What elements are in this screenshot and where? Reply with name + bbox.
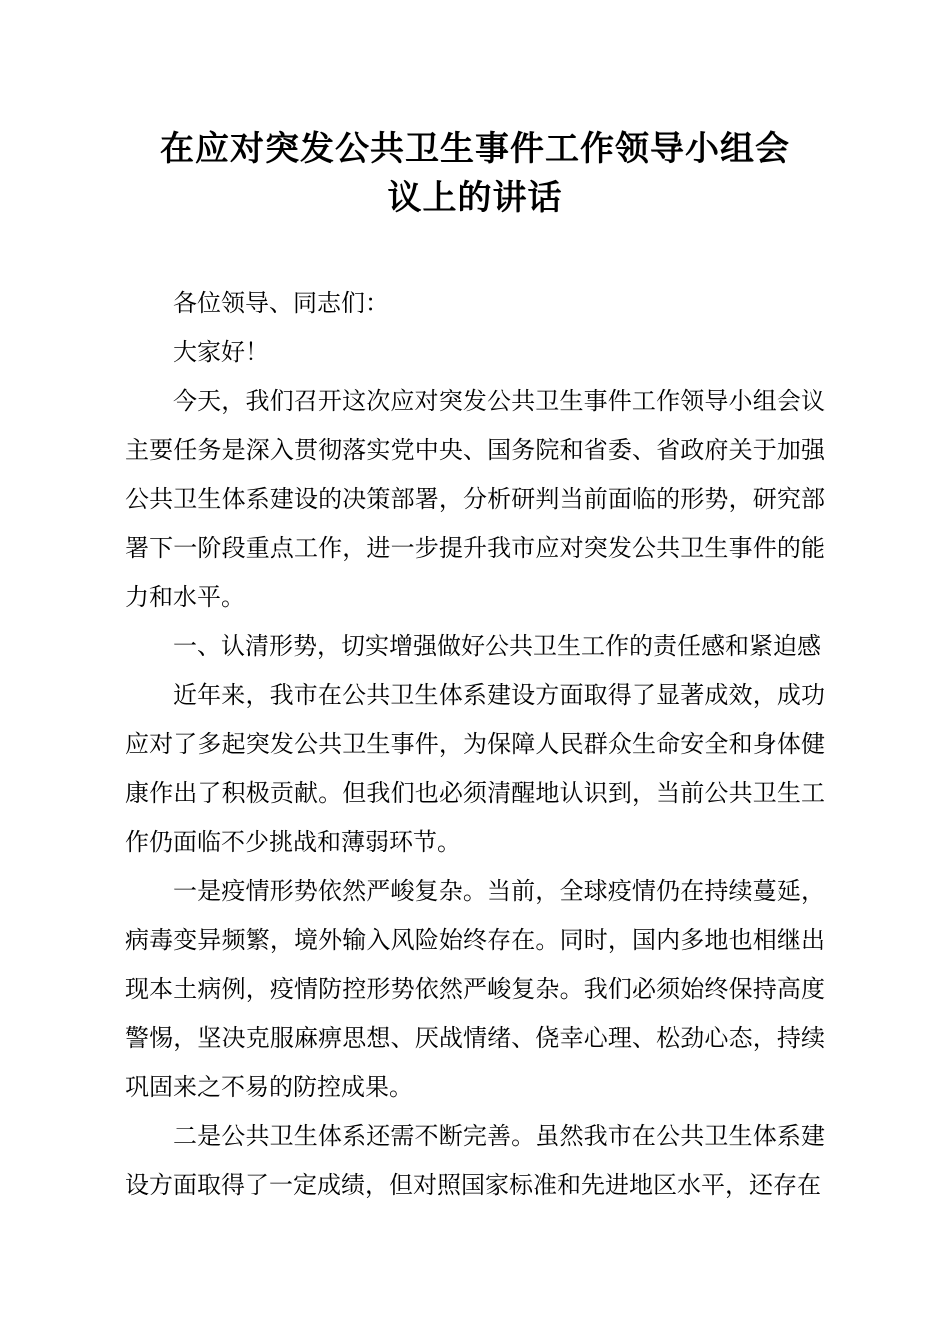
paragraph: 一、认清形势，切实增强做好公共卫生工作的责任感和紧迫感 <box>125 623 825 672</box>
paragraph: 近年来，我市在公共卫生体系建设方面取得了显著成效，成功应对了多起突发公共卫生事件… <box>125 672 825 868</box>
document-title: 在应对突发公共卫生事件工作领导小组会议上的讲话 <box>144 125 806 223</box>
paragraph: 今天，我们召开这次应对突发公共卫生事件工作领导小组会议主要任务是深入贯彻落实党中… <box>125 378 825 623</box>
paragraph: 各位领导、同志们： <box>125 280 825 329</box>
paragraph: 一是疫情形势依然严峻复杂。当前，全球疫情仍在持续蔓延，病毒变异频繁，境外输入风险… <box>125 868 825 1113</box>
paragraph: 大家好！ <box>125 329 825 378</box>
document-page: 在应对突发公共卫生事件工作领导小组会议上的讲话 各位领导、同志们：大家好！今天，… <box>0 0 950 1344</box>
document-content: 在应对突发公共卫生事件工作领导小组会议上的讲话 各位领导、同志们：大家好！今天，… <box>0 0 950 1211</box>
document-body: 各位领导、同志们：大家好！今天，我们召开这次应对突发公共卫生事件工作领导小组会议… <box>125 280 825 1211</box>
paragraph: 二是公共卫生体系还需不断完善。虽然我市在公共卫生体系建设方面取得了一定成绩，但对… <box>125 1113 825 1211</box>
